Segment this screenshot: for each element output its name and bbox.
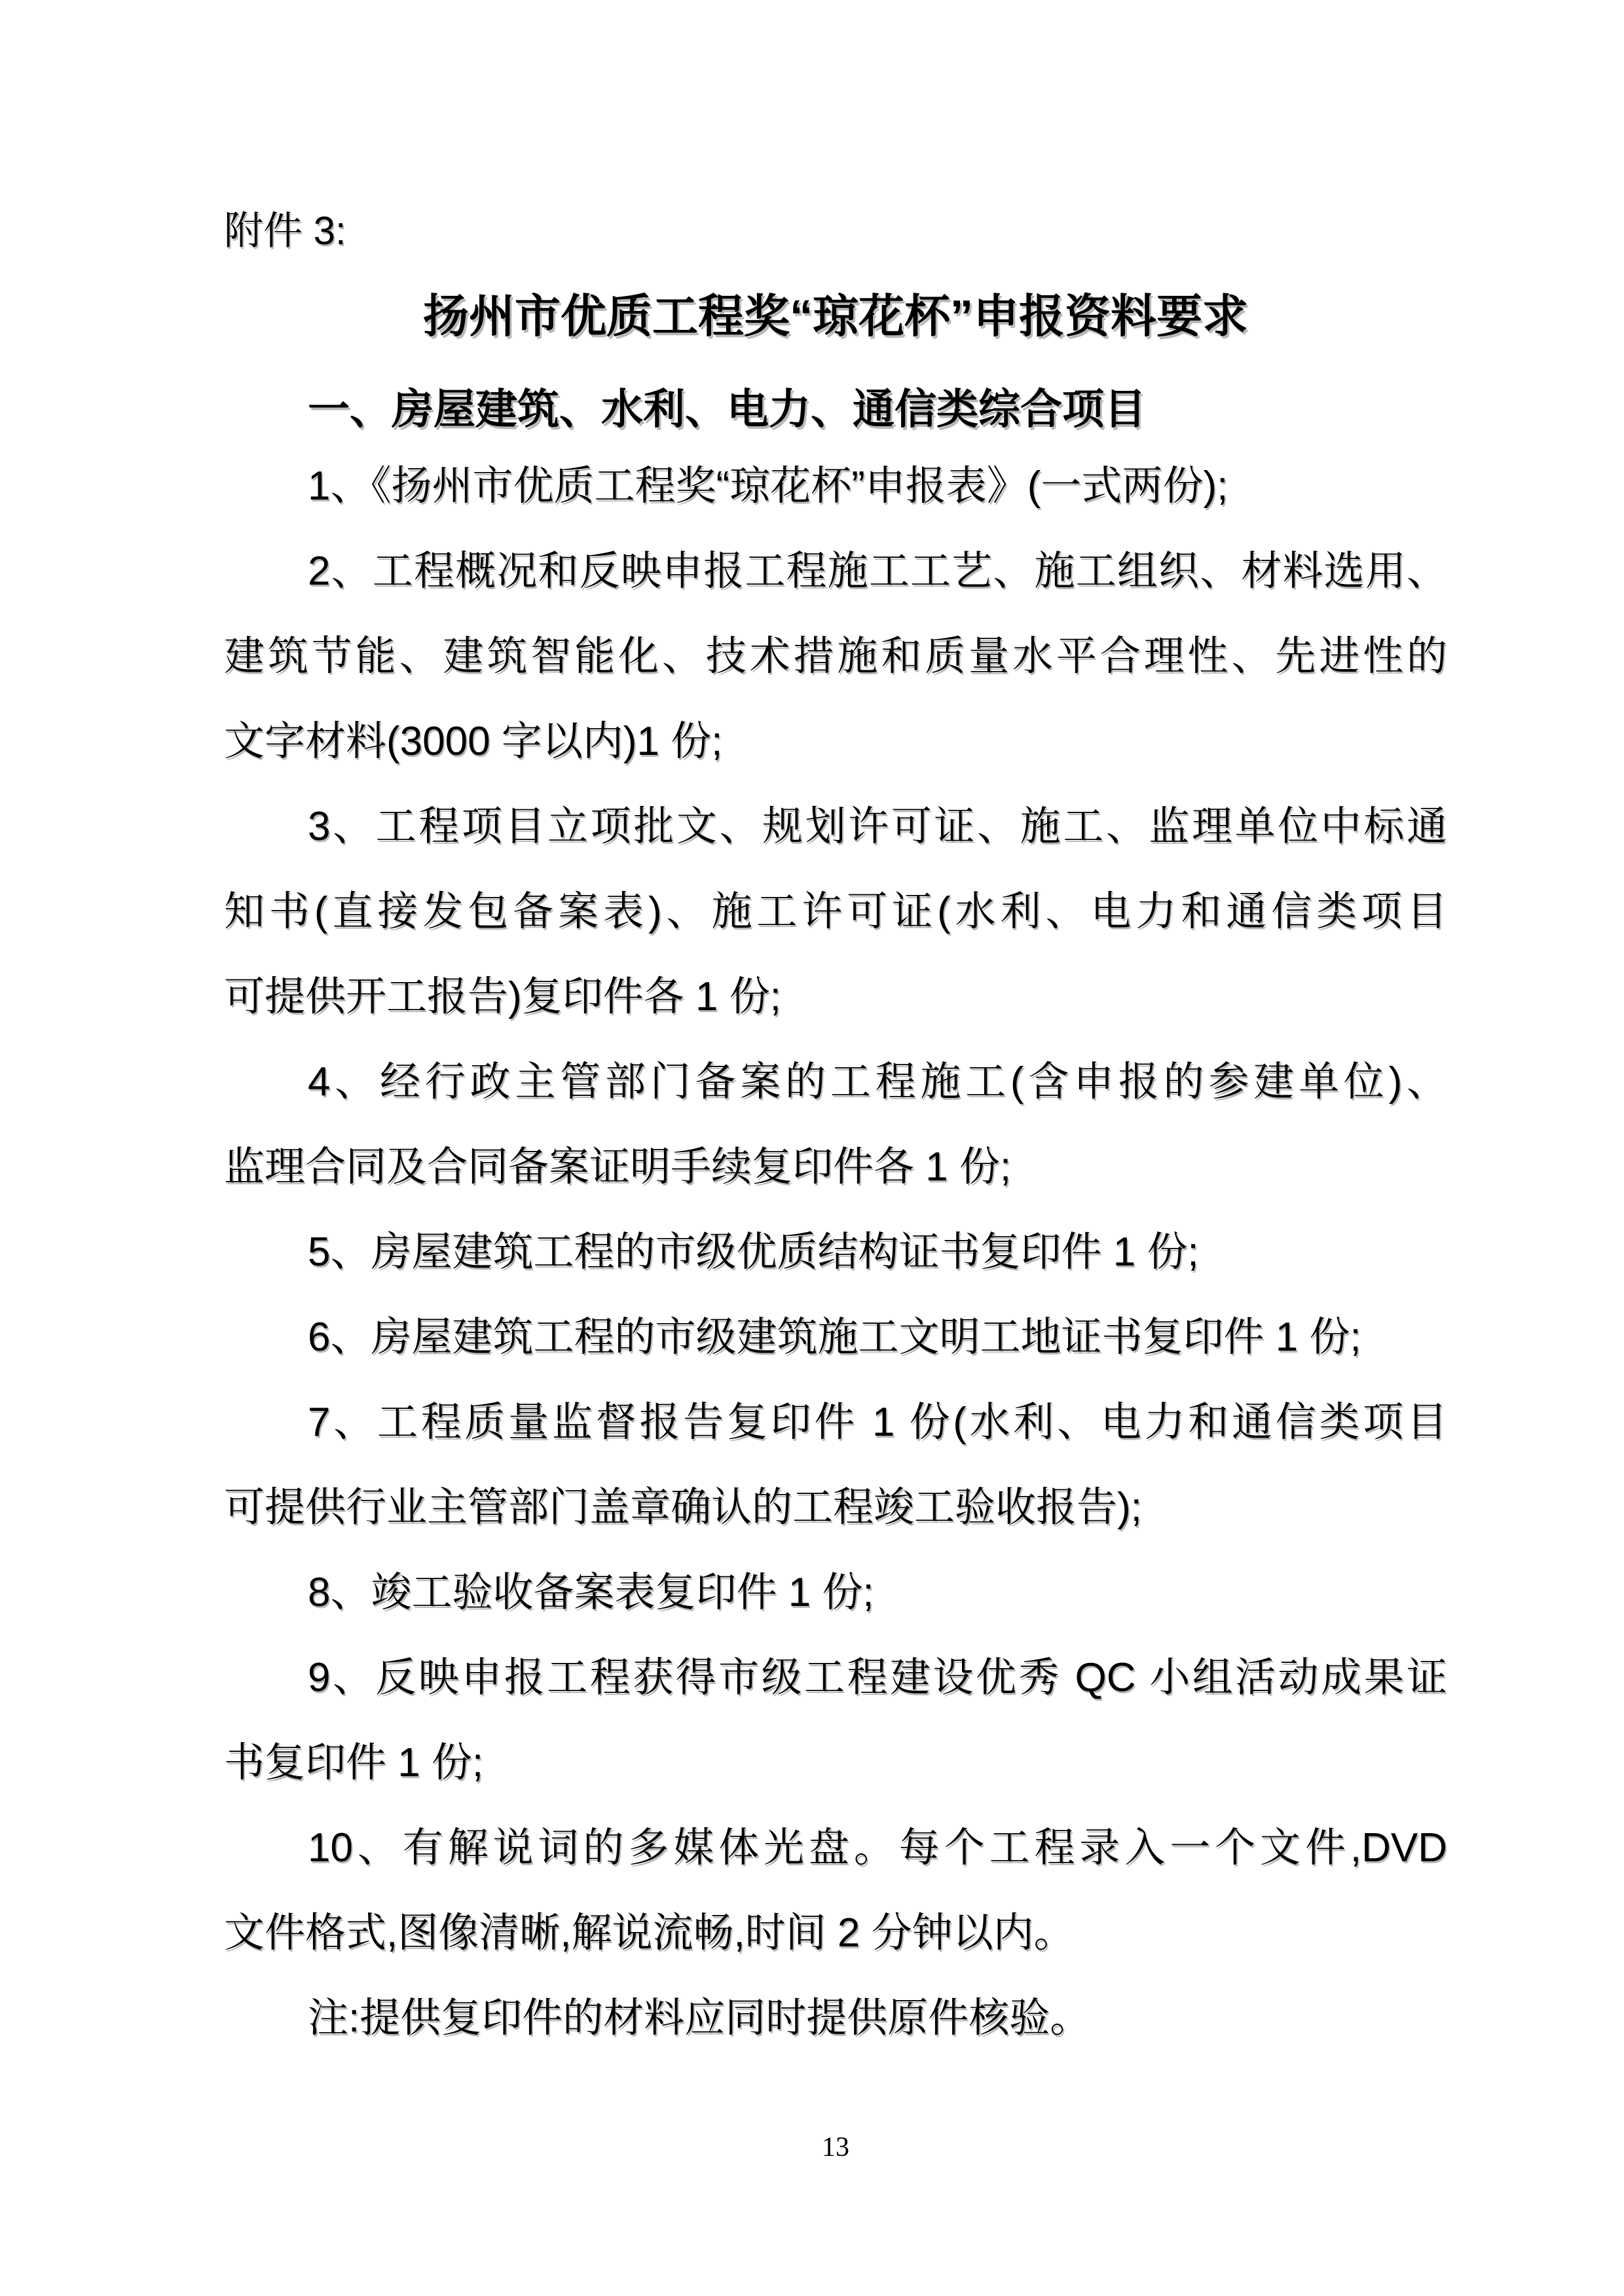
paragraph-line: 8、竣工验收备案表复印件 1 份;: [224, 1550, 1447, 1635]
page-number: 13: [224, 2133, 1447, 2162]
paragraph-line: 5、房屋建筑工程的市级优质结构证书复印件 1 份;: [224, 1210, 1447, 1295]
paragraph: 9、反映申报工程获得市级工程建设优秀 QC 小组活动成果证书复印件 1 份;: [224, 1635, 1447, 1806]
paragraph: 2、工程概况和反映申报工程施工工艺、施工组织、材料选用、建筑节能、建筑智能化、技…: [224, 529, 1447, 784]
document-title: 扬州市优质工程奖“琼花杯”申报资料要求: [224, 274, 1447, 359]
paragraph-line: 可提供行业主管部门盖章确认的工程竣工验收报告);: [224, 1465, 1447, 1550]
paragraph-line: 9、反映申报工程获得市级工程建设优秀 QC 小组活动成果证: [224, 1635, 1447, 1721]
paragraph-line: 文件格式,图像清晰,解说流畅,时间 2 分钟以内。: [224, 1891, 1447, 1976]
paragraph-line: 7、工程质量监督报告复印件 1 份(水利、电力和通信类项目: [224, 1380, 1447, 1465]
attachment-label: 附件 3:: [224, 189, 1447, 274]
paragraph: 5、房屋建筑工程的市级优质结构证书复印件 1 份;: [224, 1210, 1447, 1295]
paragraph-line: 可提供开工报告)复印件各 1 份;: [224, 955, 1447, 1040]
paragraph: 1、《扬州市优质工程奖“琼花杯”申报表》(一式两份);: [224, 444, 1447, 529]
paragraph: 6、房屋建筑工程的市级建筑施工文明工地证书复印件 1 份;: [224, 1295, 1447, 1380]
body-paragraphs: 1、《扬州市优质工程奖“琼花杯”申报表》(一式两份);2、工程概况和反映申报工程…: [224, 444, 1447, 1976]
note-line: 注:提供复印件的材料应同时提供原件核验。: [224, 1976, 1447, 2061]
paragraph: 7、工程质量监督报告复印件 1 份(水利、电力和通信类项目可提供行业主管部门盖章…: [224, 1380, 1447, 1550]
paragraph-line: 文字材料(3000 字以内)1 份;: [224, 699, 1447, 784]
paragraph-line: 2、工程概况和反映申报工程施工工艺、施工组织、材料选用、: [224, 529, 1447, 614]
document-page: 附件 3: 扬州市优质工程奖“琼花杯”申报资料要求 一、房屋建筑、水利、电力、通…: [0, 0, 1624, 2296]
paragraph: 8、竣工验收备案表复印件 1 份;: [224, 1550, 1447, 1635]
paragraph: 10、有解说词的多媒体光盘。每个工程录入一个文件,DVD文件格式,图像清晰,解说…: [224, 1806, 1447, 1976]
paragraph: 4、经行政主管部门备案的工程施工(含申报的参建单位)、监理合同及合同备案证明手续…: [224, 1040, 1447, 1210]
paragraph-line: 书复印件 1 份;: [224, 1721, 1447, 1806]
section-heading: 一、房屋建筑、水利、电力、通信类综合项目: [224, 359, 1447, 452]
paragraph-line: 10、有解说词的多媒体光盘。每个工程录入一个文件,DVD: [224, 1806, 1447, 1891]
paragraph: 3、工程项目立项批文、规划许可证、施工、监理单位中标通知书(直接发包备案表)、施…: [224, 784, 1447, 1040]
paragraph-line: 3、工程项目立项批文、规划许可证、施工、监理单位中标通: [224, 784, 1447, 869]
paragraph-line: 1、《扬州市优质工程奖“琼花杯”申报表》(一式两份);: [224, 444, 1447, 529]
paragraph-line: 建筑节能、建筑智能化、技术措施和质量水平合理性、先进性的: [224, 614, 1447, 699]
paragraph-line: 监理合同及合同备案证明手续复印件各 1 份;: [224, 1125, 1447, 1210]
paragraph-line: 4、经行政主管部门备案的工程施工(含申报的参建单位)、: [224, 1040, 1447, 1125]
paragraph-line: 6、房屋建筑工程的市级建筑施工文明工地证书复印件 1 份;: [224, 1295, 1447, 1380]
paragraph-line: 知书(直接发包备案表)、施工许可证(水利、电力和通信类项目: [224, 869, 1447, 955]
